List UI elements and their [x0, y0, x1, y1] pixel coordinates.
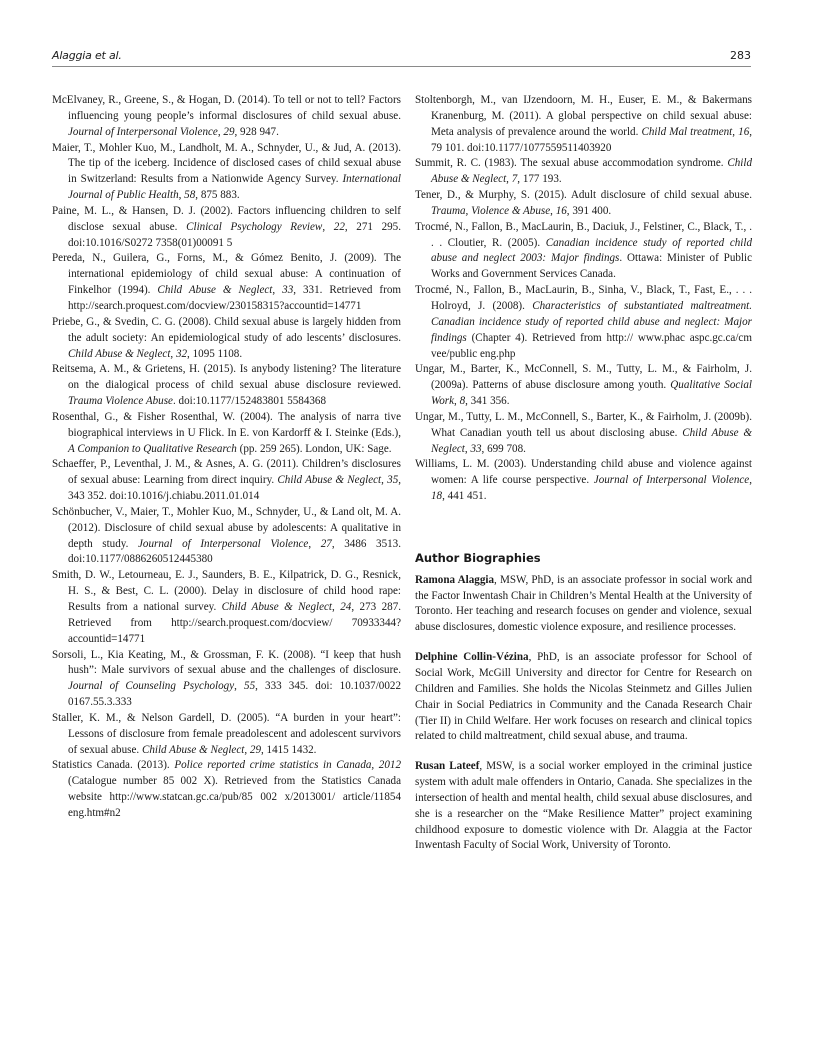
reference-item: Reitsema, A. M., & Grietens, H. (2015). … — [52, 362, 401, 410]
running-head: Alaggia et al. 283 — [52, 49, 751, 67]
reference-item: Staller, K. M., & Nelson Gardell, D. (20… — [52, 711, 401, 759]
reference-item: Pereda, N., Guilera, G., Forns, M., & Gó… — [52, 251, 401, 314]
reference-item: Ungar, M., Barter, K., McConnell, S. M.,… — [415, 362, 752, 410]
reference-item: Sorsoli, L., Kia Keating, M., & Grossman… — [52, 648, 401, 711]
reference-item: Statistics Canada. (2013). Police report… — [52, 758, 401, 821]
biographies-heading: Author Biographies — [415, 551, 752, 567]
biography-paragraph: Delphine Collin-Vézina, PhD, is an assoc… — [415, 650, 752, 745]
reference-item: Schönbucher, V., Maier, T., Mohler Kuo, … — [52, 505, 401, 568]
reference-item: Ungar, M., Tutty, L. M., McConnell, S., … — [415, 410, 752, 458]
reference-item: Trocmé, N., Fallon, B., MacLaurin, B., D… — [415, 220, 752, 283]
references-right-column: Stoltenborgh, M., van IJzendoorn, M. H.,… — [415, 93, 752, 854]
section-spacer — [415, 505, 752, 551]
reference-item: Tener, D., & Murphy, S. (2015). Adult di… — [415, 188, 752, 220]
reference-item: McElvaney, R., Greene, S., & Hogan, D. (… — [52, 93, 401, 141]
reference-item: Summit, R. C. (1983). The sexual abuse a… — [415, 156, 752, 188]
biography-paragraph: Ramona Alaggia, MSW, PhD, is an associat… — [415, 573, 752, 636]
running-head-authors: Alaggia et al. — [52, 49, 122, 62]
reference-item: Schaeffer, P., Leventhal, J. M., & Asnes… — [52, 457, 401, 505]
reference-item: Trocmé, N., Fallon, B., MacLaurin, B., S… — [415, 283, 752, 362]
references-left-column: McElvaney, R., Greene, S., & Hogan, D. (… — [52, 93, 401, 822]
reference-item: Rosenthal, G., & Fisher Rosenthal, W. (2… — [52, 410, 401, 458]
reference-item: Smith, D. W., Letourneau, E. J., Saunder… — [52, 568, 401, 647]
reference-item: Priebe, G., & Svedin, C. G. (2008). Chil… — [52, 315, 401, 363]
reference-item: Paine, M. L., & Hansen, D. J. (2002). Fa… — [52, 204, 401, 252]
author-name: Ramona Alaggia — [415, 574, 494, 586]
biography-paragraph: Rusan Lateef, MSW, is a social worker em… — [415, 759, 752, 854]
page-number: 283 — [730, 49, 751, 62]
reference-item: Maier, T., Mohler Kuo, M., Landholt, M. … — [52, 141, 401, 204]
author-name: Rusan Lateef — [415, 760, 479, 772]
reference-item: Williams, L. M. (2003). Understanding ch… — [415, 457, 752, 505]
author-name: Delphine Collin-Vézina — [415, 651, 529, 663]
reference-item: Stoltenborgh, M., van IJzendoorn, M. H.,… — [415, 93, 752, 156]
